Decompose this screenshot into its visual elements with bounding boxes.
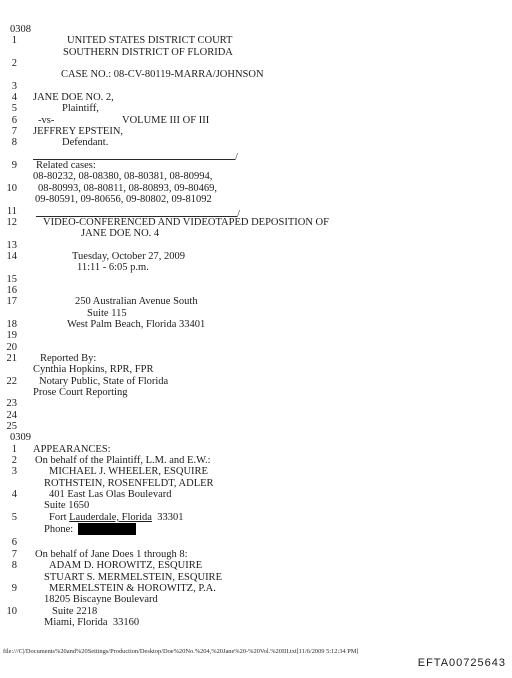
line-number: 5 bbox=[0, 512, 17, 524]
transcript-line: 9Related cases: bbox=[0, 160, 512, 171]
line-number: 22 bbox=[0, 376, 17, 388]
transcript-line: 22Notary Public, State of Florida bbox=[0, 376, 512, 387]
line-text: Suite 2218 bbox=[52, 606, 97, 618]
line-text: UNITED STATES DISTRICT COURT bbox=[67, 35, 232, 47]
transcript-line: CASE NO.: 08-CV-80119-MARRA/JOHNSON bbox=[0, 69, 512, 80]
transcript-line: 0309 bbox=[0, 432, 512, 443]
transcript-line: Suite 115 bbox=[0, 308, 512, 319]
transcript-body: 03081UNITED STATES DISTRICT COURTSOUTHER… bbox=[0, 24, 512, 628]
line-number: 10 bbox=[0, 606, 17, 618]
transcript-line: 21Reported By: bbox=[0, 353, 512, 364]
transcript-line: JANE DOE NO. 4 bbox=[0, 228, 512, 239]
line-text: ADAM D. HOROWITZ, ESQUIRE bbox=[49, 560, 202, 572]
transcript-line: 08-80232, 08-08380, 08-80381, 08-80994, bbox=[0, 171, 512, 182]
line-number: 20 bbox=[0, 342, 17, 354]
line-text: CASE NO.: 08-CV-80119-MARRA/JOHNSON bbox=[61, 69, 264, 81]
line-text: West Palm Beach, Florida 33401 bbox=[67, 319, 205, 331]
separator-rule bbox=[33, 149, 235, 160]
transcript-line: 12VIDEO-CONFERENCED AND VIDEOTAPED DEPOS… bbox=[0, 217, 512, 228]
line-text: 09-80591, 09-80656, 09-80802, 09-81092 bbox=[35, 194, 212, 206]
transcript-line: 13 bbox=[0, 240, 512, 251]
line-number: 18 bbox=[0, 319, 17, 331]
line-text: APPEARANCES: bbox=[33, 444, 111, 456]
transcript-line: 11:11 - 6:05 p.m. bbox=[0, 262, 512, 273]
transcript-line: Suite 1650 bbox=[0, 500, 512, 511]
line-text: 0309 bbox=[10, 432, 31, 444]
transcript-line: 25 bbox=[0, 421, 512, 432]
line-text: 401 East Las Olas Boulevard bbox=[49, 489, 171, 501]
transcript-line: 5Plaintiff, bbox=[0, 103, 512, 114]
line-number: 5 bbox=[0, 103, 17, 115]
line-text: Suite 115 bbox=[87, 308, 127, 320]
line-number: 23 bbox=[0, 398, 17, 410]
line-text: Cynthia Hopkins, RPR, FPR bbox=[33, 364, 154, 376]
transcript-line: 3 bbox=[0, 81, 512, 92]
line-text: Plaintiff, bbox=[62, 103, 99, 115]
line-text: 08-80232, 08-08380, 08-80381, 08-80994, bbox=[33, 171, 212, 183]
transcript-line: 5Fort Lauderdale, Florida 33301 bbox=[0, 512, 512, 523]
line-text: Prose Court Reporting bbox=[33, 387, 128, 399]
line-text: Defendant. bbox=[62, 137, 108, 149]
transcript-line: 11/ bbox=[0, 206, 512, 217]
transcript-line: 4401 East Las Olas Boulevard bbox=[0, 489, 512, 500]
transcript-line: 15 bbox=[0, 274, 512, 285]
transcript-line: / bbox=[0, 149, 512, 160]
line-text: VIDEO-CONFERENCED AND VIDEOTAPED DEPOSIT… bbox=[43, 217, 329, 229]
line-text: Miami, Florida 33160 bbox=[44, 617, 139, 629]
line-number: 13 bbox=[0, 240, 17, 252]
line-text: 11:11 - 6:05 p.m. bbox=[77, 262, 149, 274]
line-text: STUART S. MERMELSTEIN, ESQUIRE bbox=[44, 572, 222, 584]
line-text: Fort Lauderdale, Florida 33301 bbox=[49, 512, 183, 524]
file-path-footer: file:///C|/Documents%20and%20Settings/Pr… bbox=[3, 648, 359, 655]
separator-rule bbox=[36, 206, 237, 217]
line-number: 16 bbox=[0, 285, 17, 297]
transcript-line: Cynthia Hopkins, RPR, FPR bbox=[0, 364, 512, 375]
transcript-line: ROTHSTEIN, ROSENFELDT, ADLER bbox=[0, 478, 512, 489]
line-number: 2 bbox=[0, 58, 17, 70]
transcript-line: 7JEFFREY EPSTEIN, bbox=[0, 126, 512, 137]
transcript-line: 1APPEARANCES: bbox=[0, 444, 512, 455]
line-number: 3 bbox=[0, 466, 17, 478]
line-text: On behalf of Jane Does 1 through 8: bbox=[35, 549, 188, 561]
line-text: JEFFREY EPSTEIN, bbox=[33, 126, 123, 138]
transcript-line: 10Suite 2218 bbox=[0, 606, 512, 617]
line-text: JANE DOE NO. 4 bbox=[81, 228, 159, 240]
line-number: 9 bbox=[0, 583, 17, 595]
transcript-line: 20 bbox=[0, 342, 512, 353]
line-text: Related cases: bbox=[36, 160, 96, 172]
transcript-line: Phone: bbox=[0, 523, 512, 534]
line-number: 7 bbox=[0, 126, 17, 138]
line-number: 8 bbox=[0, 560, 17, 572]
transcript-line: 9MERMELSTEIN & HOROWITZ, P.A. bbox=[0, 583, 512, 594]
line-number: 6 bbox=[0, 537, 17, 549]
line-number: 21 bbox=[0, 353, 17, 365]
line-text: 18205 Biscayne Boulevard bbox=[44, 594, 158, 606]
line-text: -vs- bbox=[38, 115, 54, 127]
transcript-line: 7On behalf of Jane Does 1 through 8: bbox=[0, 549, 512, 560]
line-number: 25 bbox=[0, 421, 17, 433]
transcript-line: 18West Palm Beach, Florida 33401 bbox=[0, 319, 512, 330]
transcript-line: 1UNITED STATES DISTRICT COURT bbox=[0, 35, 512, 46]
transcript-line: 24 bbox=[0, 410, 512, 421]
line-number: 6 bbox=[0, 115, 17, 127]
transcript-line: 18205 Biscayne Boulevard bbox=[0, 594, 512, 605]
line-number: 14 bbox=[0, 251, 17, 263]
transcript-line: Miami, Florida 33160 bbox=[0, 617, 512, 628]
line-text: Tuesday, October 27, 2009 bbox=[72, 251, 185, 263]
line-text-secondary: VOLUME III OF III bbox=[122, 115, 209, 127]
line-text: On behalf of the Plaintiff, L.M. and E.W… bbox=[35, 455, 211, 467]
line-number: 19 bbox=[0, 330, 17, 342]
underlined-text: Lauderdale, Florida bbox=[69, 512, 152, 523]
transcript-line: 19 bbox=[0, 330, 512, 341]
line-number: 2 bbox=[0, 455, 17, 467]
transcript-line: SOUTHERN DISTRICT OF FLORIDA bbox=[0, 47, 512, 58]
line-text: Phone: bbox=[44, 523, 136, 536]
transcript-line: 1008-80993, 08-80811, 08-80893, 09-80469… bbox=[0, 183, 512, 194]
line-number: 4 bbox=[0, 92, 17, 104]
transcript-line: 3MICHAEL J. WHEELER, ESQUIRE bbox=[0, 466, 512, 477]
line-number: 17 bbox=[0, 296, 17, 308]
phone-redaction-box bbox=[78, 523, 136, 535]
line-number: 15 bbox=[0, 274, 17, 286]
bates-number: EFTA00725643 bbox=[418, 657, 506, 669]
line-number: 1 bbox=[0, 35, 17, 47]
transcript-line: 16 bbox=[0, 285, 512, 296]
transcript-line: Prose Court Reporting bbox=[0, 387, 512, 398]
line-text: 0308 bbox=[10, 24, 31, 36]
transcript-line: 17250 Australian Avenue South bbox=[0, 296, 512, 307]
transcript-line: 8Defendant. bbox=[0, 137, 512, 148]
line-number: 9 bbox=[0, 160, 17, 172]
transcript-page: 03081UNITED STATES DISTRICT COURTSOUTHER… bbox=[0, 0, 512, 678]
line-text: Reported By: bbox=[40, 353, 96, 365]
line-text: Suite 1650 bbox=[44, 500, 89, 512]
line-number: 4 bbox=[0, 489, 17, 501]
transcript-line: 0308 bbox=[0, 24, 512, 35]
line-number: 24 bbox=[0, 410, 17, 422]
transcript-line: 2 bbox=[0, 58, 512, 69]
line-number: 3 bbox=[0, 81, 17, 93]
transcript-line: 2On behalf of the Plaintiff, L.M. and E.… bbox=[0, 455, 512, 466]
transcript-line: 8ADAM D. HOROWITZ, ESQUIRE bbox=[0, 560, 512, 571]
line-text: MERMELSTEIN & HOROWITZ, P.A. bbox=[49, 583, 216, 595]
line-text: Notary Public, State of Florida bbox=[39, 376, 168, 388]
line-number: 8 bbox=[0, 137, 17, 149]
line-number: 10 bbox=[0, 183, 17, 195]
transcript-line: 09-80591, 09-80656, 09-80802, 09-81092 bbox=[0, 194, 512, 205]
transcript-line: 6-vs-VOLUME III OF III bbox=[0, 115, 512, 126]
line-number: 11 bbox=[0, 206, 17, 218]
transcript-line: 6 bbox=[0, 537, 512, 548]
line-text: ROTHSTEIN, ROSENFELDT, ADLER bbox=[44, 478, 214, 490]
transcript-line: 23 bbox=[0, 398, 512, 409]
transcript-line: 4JANE DOE NO. 2, bbox=[0, 92, 512, 103]
line-number: 7 bbox=[0, 549, 17, 561]
line-text: JANE DOE NO. 2, bbox=[33, 92, 114, 104]
line-number: 1 bbox=[0, 444, 17, 456]
line-text: 250 Australian Avenue South bbox=[75, 296, 198, 308]
line-text: MICHAEL J. WHEELER, ESQUIRE bbox=[49, 466, 208, 478]
line-text: SOUTHERN DISTRICT OF FLORIDA bbox=[63, 47, 233, 59]
transcript-line: 14Tuesday, October 27, 2009 bbox=[0, 251, 512, 262]
line-text: 08-80993, 08-80811, 08-80893, 09-80469, bbox=[38, 183, 217, 195]
transcript-line: STUART S. MERMELSTEIN, ESQUIRE bbox=[0, 572, 512, 583]
line-number: 12 bbox=[0, 217, 17, 229]
